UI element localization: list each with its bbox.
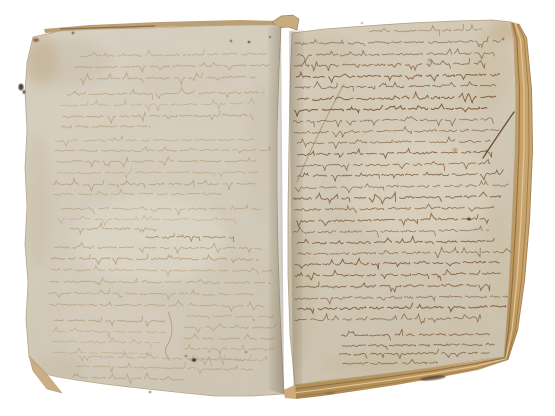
ink-blot — [192, 358, 196, 361]
ink-blot — [149, 391, 152, 393]
gutter-bottom-edge — [283, 385, 296, 399]
paper-stain — [315, 80, 375, 160]
left-page-surface — [20, 15, 290, 405]
right-page — [282, 12, 540, 395]
manuscript-scene — [0, 0, 555, 416]
left-page — [18, 15, 290, 405]
right-page-surface — [282, 12, 540, 392]
ink-blot — [33, 38, 39, 42]
ink-blot — [18, 84, 23, 91]
ink-blot — [248, 41, 251, 43]
gutter — [268, 26, 304, 394]
gutter-shadow-left — [268, 26, 284, 394]
ink-blot — [502, 38, 504, 40]
ink-blot — [230, 40, 232, 42]
ink-blot — [72, 32, 74, 34]
paper-stain — [350, 135, 490, 245]
ink-blot — [23, 90, 26, 94]
ink-blot — [453, 148, 458, 152]
ink-blot — [467, 218, 470, 221]
ink-blot — [361, 22, 363, 24]
ink-blot — [428, 59, 432, 62]
paper-stain — [125, 53, 235, 97]
ink-blot — [185, 355, 187, 357]
manuscript-photo: Photograph of an open early-modern manus… — [0, 0, 555, 416]
paper-stain — [26, 130, 50, 270]
ink-blot — [245, 351, 247, 353]
